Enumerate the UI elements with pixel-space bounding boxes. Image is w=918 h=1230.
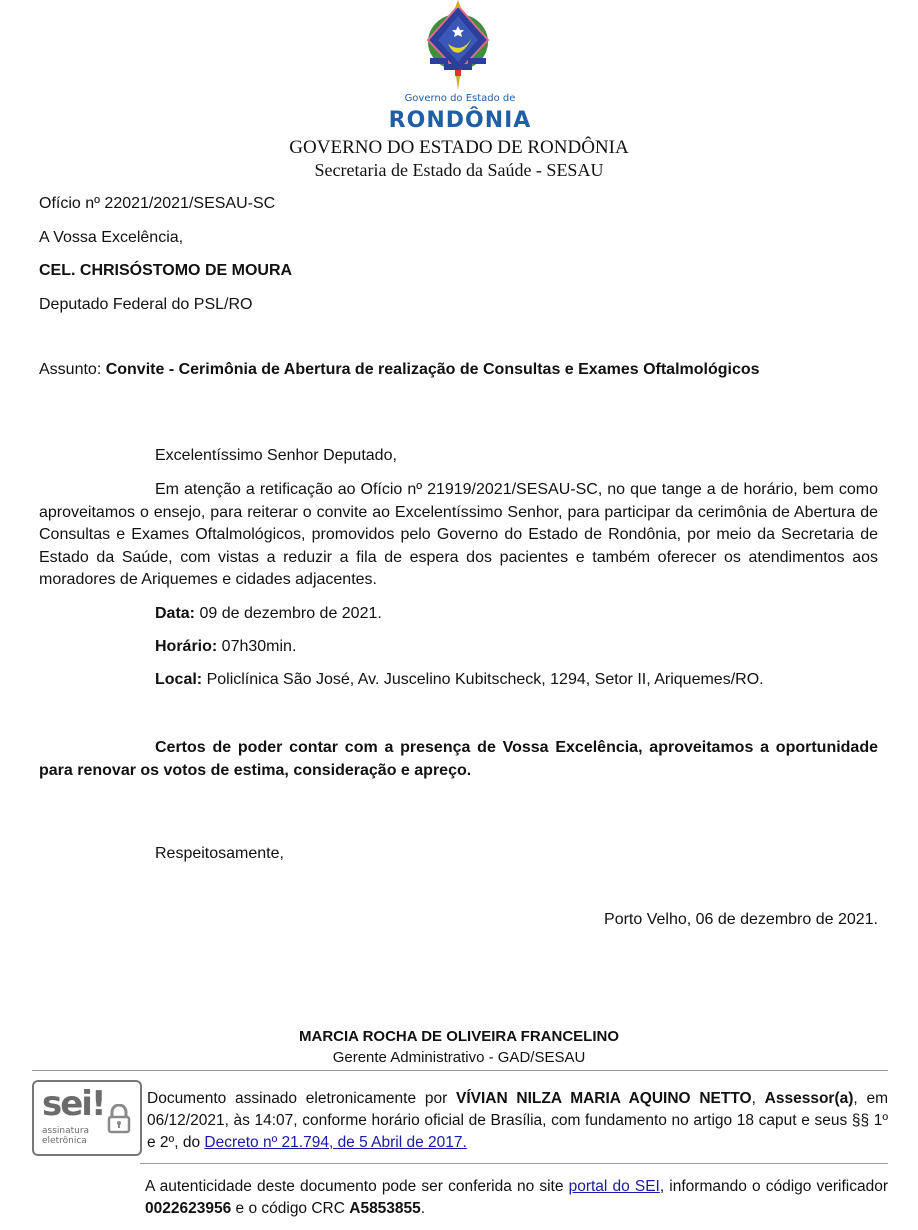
place-value: Policlínica São José, Av. Juscelino Kubi… — [202, 671, 763, 688]
time-label: Horário: — [155, 638, 217, 655]
decree-link[interactable]: Decreto nº 21.794, de 5 Abril de 2017. — [204, 1134, 466, 1151]
recipient-name: CEL. CHRISÓSTOMO DE MOURA — [39, 262, 292, 280]
logo-caption-small: Governo do Estado de — [380, 93, 540, 104]
sei-signer-name: VÍVIAN NILZA MARIA AQUINO NETTO — [456, 1090, 752, 1107]
place-and-date: Porto Velho, 06 de dezembro de 2021. — [604, 911, 878, 929]
lock-icon — [107, 1104, 131, 1134]
rondonia-coat-of-arms-icon — [418, 0, 498, 92]
closing: Respeitosamente, — [155, 845, 284, 863]
signer-name: MARCIA ROCHA DE OLIVEIRA FRANCELINO — [0, 1028, 918, 1045]
divider — [140, 1163, 888, 1164]
verifier-code: 0022623956 — [145, 1200, 231, 1217]
sei-signer-role: Assessor(a) — [765, 1090, 854, 1107]
oficio-number: Ofício nº 22021/2021/SESAU-SC — [39, 195, 275, 213]
crc-code: A5853855 — [349, 1200, 421, 1217]
divider — [32, 1070, 888, 1071]
secretaria-title: Secretaria de Estado da Saúde - SESAU — [0, 160, 918, 181]
closing-paragraph: Certos de poder contar com a presença de… — [39, 737, 878, 782]
subject-text: Convite - Cerimônia de Abertura de reali… — [106, 361, 760, 378]
time-value: 07h30min. — [217, 638, 296, 655]
body-paragraph: Em atenção a retificação ao Ofício nº 21… — [39, 479, 878, 592]
date-value: 09 de dezembro de 2021. — [195, 605, 382, 622]
salutation: Excelentíssimo Senhor Deputado, — [155, 447, 397, 465]
sei-badge-caption: assinatura eletrônica — [42, 1126, 89, 1146]
date-label: Data: — [155, 605, 195, 622]
sei-signature-text: Documento assinado eletronicamente por V… — [147, 1088, 888, 1154]
subject-label: Assunto: — [39, 361, 106, 378]
event-time: Horário: 07h30min. — [155, 638, 296, 656]
signer-role: Gerente Administrativo - GAD/SESAU — [0, 1049, 918, 1066]
to-line: A Vossa Excelência, — [39, 229, 183, 247]
sei-logo: sei! — [42, 1084, 104, 1124]
subject-line: Assunto: Convite - Cerimônia de Abertura… — [39, 361, 760, 379]
recipient-role: Deputado Federal do PSL/RO — [39, 296, 252, 314]
place-label: Local: — [155, 671, 202, 688]
sei-signature-badge: sei! assinatura eletrônica — [32, 1080, 142, 1156]
government-title: GOVERNO DO ESTADO DE RONDÔNIA — [0, 137, 918, 159]
portal-sei-link[interactable]: portal do SEI — [569, 1178, 660, 1195]
authenticity-text: A autenticidade deste documento pode ser… — [145, 1176, 888, 1220]
logo-caption-state: RONDÔNIA — [360, 108, 560, 133]
event-place: Local: Policlínica São José, Av. Jusceli… — [155, 671, 764, 689]
event-date: Data: 09 de dezembro de 2021. — [155, 605, 382, 623]
